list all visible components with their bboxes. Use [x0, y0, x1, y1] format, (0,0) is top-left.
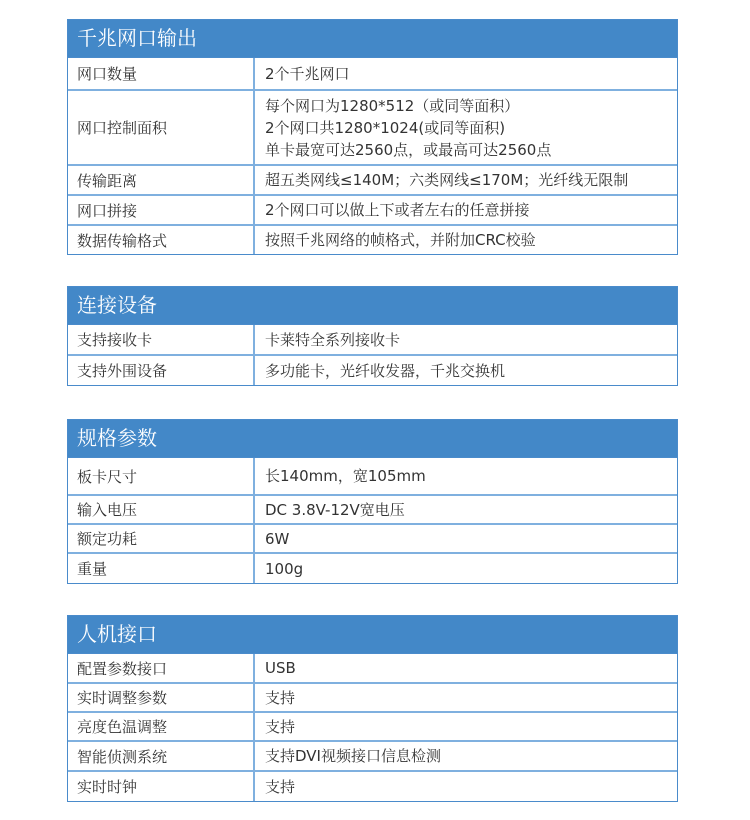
row-label: 重量 — [68, 554, 255, 583]
section-title: 人机接口 — [68, 616, 677, 654]
row-value: 按照千兆网络的帧格式，并附加CRC校验 — [255, 226, 677, 254]
table-row: 网口控制面积 每个网口为1280*512（或同等面积） 2个网口共1280*10… — [68, 91, 677, 166]
section-hmi: 人机接口 配置参数接口 USB 实时调整参数 支持 亮度色温调整 支持 智能侦测… — [67, 615, 678, 802]
table-row: 板卡尺寸 长140mm，宽105mm — [68, 458, 677, 496]
table-row: 智能侦测系统 支持DVI视频接口信息检测 — [68, 742, 677, 772]
section-gigabit-output: 千兆网口输出 网口数量 2个千兆网口 网口控制面积 每个网口为1280*512（… — [67, 19, 678, 255]
row-value: 卡莱特全系列接收卡 — [255, 325, 677, 354]
section-title: 千兆网口输出 — [68, 20, 677, 58]
table-row: 实时时钟 支持 — [68, 772, 677, 801]
table-row: 亮度色温调整 支持 — [68, 713, 677, 742]
section-title: 连接设备 — [68, 287, 677, 325]
row-label: 网口控制面积 — [68, 91, 255, 164]
row-value: DC 3.8V-12V宽电压 — [255, 496, 677, 523]
row-label: 网口数量 — [68, 58, 255, 89]
row-label: 额定功耗 — [68, 525, 255, 552]
table-row: 网口拼接 2个网口可以做上下或者左右的任意拼接 — [68, 196, 677, 226]
row-value: 多功能卡，光纤收发器，千兆交换机 — [255, 356, 677, 385]
row-value: 支持 — [255, 684, 677, 711]
row-label: 配置参数接口 — [68, 654, 255, 682]
row-label: 智能侦测系统 — [68, 742, 255, 770]
section-specifications: 规格参数 板卡尺寸 长140mm，宽105mm 输入电压 DC 3.8V-12V… — [67, 419, 678, 584]
row-label: 输入电压 — [68, 496, 255, 523]
table-row: 额定功耗 6W — [68, 525, 677, 554]
row-value: 支持DVI视频接口信息检测 — [255, 742, 677, 770]
row-label: 数据传输格式 — [68, 226, 255, 254]
section-connected-devices: 连接设备 支持接收卡 卡莱特全系列接收卡 支持外围设备 多功能卡，光纤收发器，千… — [67, 286, 678, 386]
table-row: 实时调整参数 支持 — [68, 684, 677, 713]
table-row: 重量 100g — [68, 554, 677, 583]
row-label: 板卡尺寸 — [68, 458, 255, 494]
table-row: 网口数量 2个千兆网口 — [68, 58, 677, 91]
section-title: 规格参数 — [68, 420, 677, 458]
row-value: 2个网口可以做上下或者左右的任意拼接 — [255, 196, 677, 224]
row-label: 实时调整参数 — [68, 684, 255, 711]
table-row: 支持接收卡 卡莱特全系列接收卡 — [68, 325, 677, 356]
table-row: 支持外围设备 多功能卡，光纤收发器，千兆交换机 — [68, 356, 677, 385]
row-label: 实时时钟 — [68, 772, 255, 801]
table-row: 配置参数接口 USB — [68, 654, 677, 684]
row-value: 支持 — [255, 772, 677, 801]
row-label: 传输距离 — [68, 166, 255, 194]
row-label: 支持外围设备 — [68, 356, 255, 385]
row-label: 支持接收卡 — [68, 325, 255, 354]
row-value: 2个千兆网口 — [255, 58, 677, 89]
row-value: 支持 — [255, 713, 677, 740]
table-row: 传输距离 超五类网线≤140M；六类网线≤170M；光纤线无限制 — [68, 166, 677, 196]
row-value: 每个网口为1280*512（或同等面积） 2个网口共1280*1024(或同等面… — [255, 91, 677, 164]
row-value: 100g — [255, 554, 677, 583]
table-row: 输入电压 DC 3.8V-12V宽电压 — [68, 496, 677, 525]
row-label: 网口拼接 — [68, 196, 255, 224]
row-value: 长140mm，宽105mm — [255, 458, 677, 494]
row-value: USB — [255, 654, 677, 682]
row-value: 6W — [255, 525, 677, 552]
row-value: 超五类网线≤140M；六类网线≤170M；光纤线无限制 — [255, 166, 677, 194]
table-row: 数据传输格式 按照千兆网络的帧格式，并附加CRC校验 — [68, 226, 677, 254]
row-label: 亮度色温调整 — [68, 713, 255, 740]
